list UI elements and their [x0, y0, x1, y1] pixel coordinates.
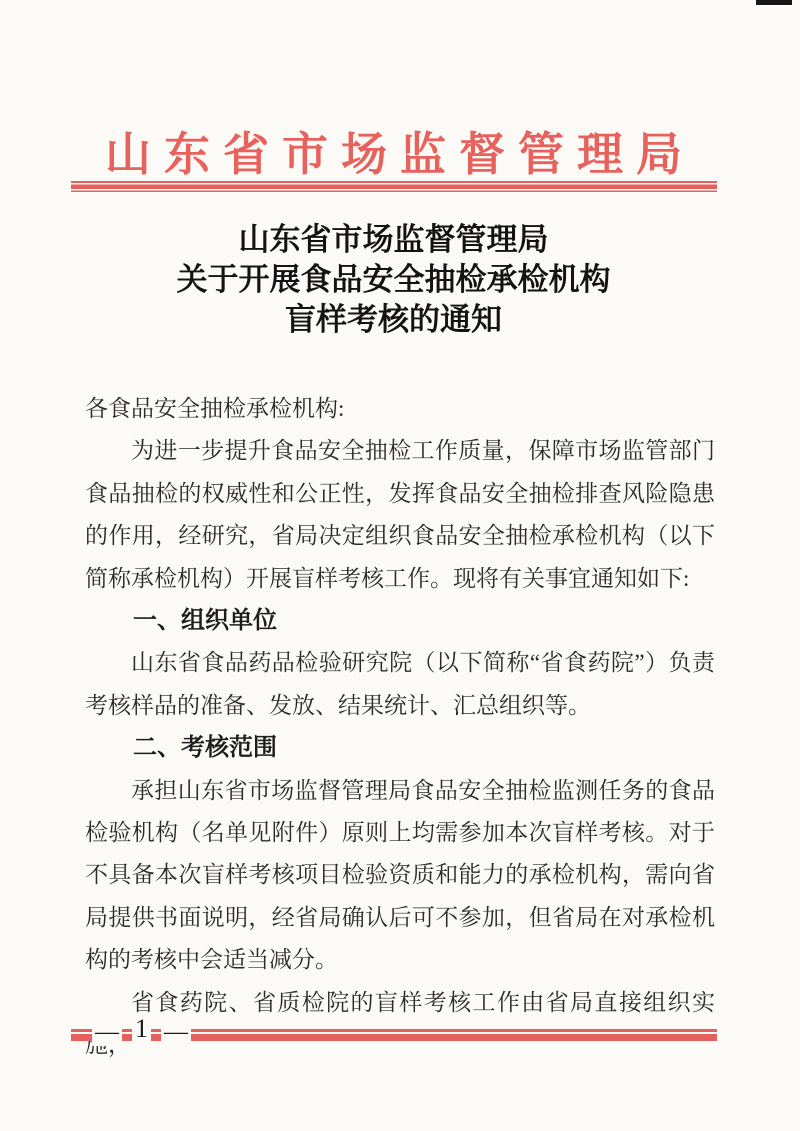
document-title-line-1: 山东省市场监督管理局 [70, 220, 717, 260]
scanned-document-page: 山东省市场监督管理局 山东省市场监督管理局 关于开展食品安全抽检承检机构 盲样考… [0, 0, 800, 1131]
page-number-dash-right: — [161, 1019, 191, 1046]
section-2-paragraph: 承担山东省市场监督管理局食品安全抽检监测任务的食品检验机构（名单见附件）原则上均… [85, 770, 715, 982]
document-body: 各食品安全抽检承检机构: 为进一步提升食品安全抽检工作质量，保障市场监管部门食品… [85, 388, 715, 1067]
salutation: 各食品安全抽检承检机构: [85, 388, 715, 430]
section-heading-2: 二、考核范围 [85, 727, 715, 769]
page-number-value: 1 [132, 1014, 151, 1044]
section-1-paragraph: 山东省食品药品检验研究院（以下简称“省食药院”）负责考核样品的准备、发放、结果统… [85, 642, 715, 727]
letterhead-agency-title: 山东省市场监督管理局 [70, 118, 717, 184]
section-heading-1: 一、组织单位 [85, 600, 715, 642]
document-title: 山东省市场监督管理局 关于开展食品安全抽检承检机构 盲样考核的通知 [70, 220, 717, 340]
page-number: — 1 — [92, 1012, 191, 1052]
document-title-line-2: 关于开展食品安全抽检承检机构 [70, 260, 717, 300]
document-title-line-3: 盲样考核的通知 [70, 300, 717, 340]
letterhead-rule [71, 181, 717, 192]
page-number-dash-left: — [92, 1019, 122, 1046]
intro-paragraph: 为进一步提升食品安全抽检工作质量，保障市场监管部门食品抽检的权威性和公正性，发挥… [85, 430, 715, 600]
scan-artifact-mark [756, 0, 792, 5]
